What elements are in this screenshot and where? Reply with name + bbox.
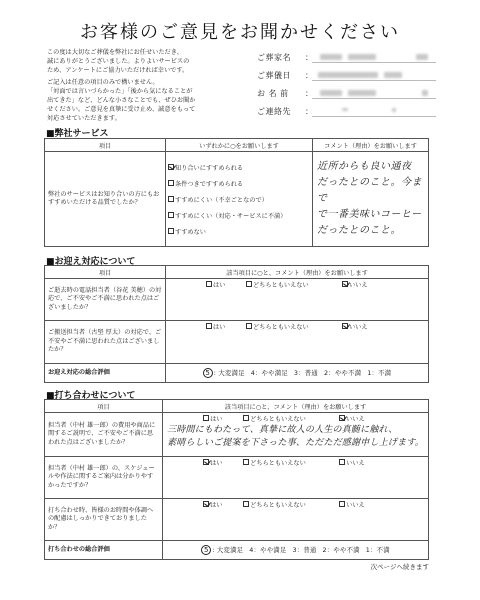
option-neutral[interactable]: どちらともいえない bbox=[246, 322, 342, 331]
question-text: 担当者（中村 雄一郎）の費用や商品に関するご説明で、ご不安やご不満に思われた点は… bbox=[45, 413, 163, 457]
option-label: すすめにくい（不幸ごとなので） bbox=[175, 195, 268, 204]
checkbox-icon[interactable] bbox=[243, 415, 249, 421]
selected-rating-circle[interactable]: 5 bbox=[203, 368, 213, 378]
option-label: どちらともいえない bbox=[253, 280, 309, 289]
yes-no-options: はい どちらともいえない いいえ bbox=[163, 499, 428, 509]
answer-cell: はい どちらともいえない いいえ bbox=[166, 321, 429, 364]
checkbox-icon[interactable] bbox=[339, 501, 345, 507]
yes-no-options: はい どちらともいえない いいえ bbox=[166, 279, 428, 289]
table-row: ご逝去時の電話担当者（谷花 美穂）の対応で、ご不安やご不満に思われた点はございま… bbox=[45, 279, 429, 321]
comment-line: 素晴らしいご提案を下さった事、ただただ感謝申し上げます。 bbox=[167, 437, 424, 450]
option-label: いいえ bbox=[346, 500, 365, 509]
checkbox-icon[interactable] bbox=[203, 415, 209, 421]
checkbox-icon[interactable] bbox=[243, 459, 249, 465]
column-header: コメント（理由）をお願いします bbox=[313, 139, 429, 152]
rating-option[interactable]: 4：やや満足 bbox=[249, 546, 286, 554]
option-label: どちらともいえない bbox=[250, 414, 306, 423]
info-row-contact: ご連絡先 ： bbox=[257, 104, 437, 122]
checkbox-checked-icon[interactable] bbox=[203, 501, 209, 507]
option-yes[interactable]: はい bbox=[206, 322, 246, 331]
column-header: 該当項目に○と、コメント（理由）をお願いします bbox=[166, 266, 429, 279]
option-label: 知り合いにすすめられる bbox=[175, 163, 243, 172]
option-label: いいえ bbox=[346, 458, 365, 467]
option-recommend[interactable]: 知り合いにすすめられる bbox=[166, 159, 312, 175]
column-header: いずれかに○をお願いします bbox=[166, 139, 313, 152]
column-header: 項目 bbox=[45, 139, 166, 152]
option-label: 条件つきですすめられる bbox=[175, 179, 243, 188]
rating-option[interactable]: 3：普通 bbox=[294, 369, 318, 377]
comment-line: で一番美味いコーヒー bbox=[317, 207, 424, 223]
summary-label: 打ち合わせの総合評価 bbox=[45, 541, 163, 560]
option-no[interactable]: いいえ bbox=[339, 414, 365, 423]
checkbox-checked-icon[interactable] bbox=[339, 415, 345, 421]
option-label: どちらともいえない bbox=[250, 500, 306, 509]
rating-option[interactable]: : 大変満足 bbox=[214, 369, 245, 377]
meeting-table: 項目 該当項目に○と、コメント（理由）をお願いします 担当者（中村 雄一郎）の費… bbox=[44, 399, 429, 560]
info-row-name: お 名 前 ： bbox=[257, 86, 437, 104]
checkbox-icon[interactable] bbox=[246, 281, 252, 287]
option-neutral[interactable]: どちらともいえない bbox=[243, 414, 339, 423]
option-label: はい bbox=[210, 500, 222, 509]
summary-label: お迎え対応の総合評価 bbox=[45, 364, 166, 383]
rating-option[interactable]: 1：不満 bbox=[366, 546, 390, 554]
option-yes[interactable]: はい bbox=[203, 458, 243, 467]
option-hard-misfortune[interactable]: すすめにくい（不幸ごとなので） bbox=[166, 191, 312, 207]
option-conditional[interactable]: 条件つきですすめられる bbox=[166, 175, 312, 191]
info-label: お 名 前 bbox=[257, 88, 301, 99]
option-label: いいえ bbox=[349, 322, 368, 331]
option-label: どちらともいえない bbox=[253, 322, 309, 331]
answer-cell: はい どちらともいえない いいえ bbox=[163, 457, 429, 499]
rating-option[interactable]: 1：不満 bbox=[367, 369, 391, 377]
question-text: 弊社のサービスはお知り合いの方にもおすすめいただける品質でしたか？ bbox=[45, 152, 166, 247]
question-text: ご逝去時の電話担当者（谷花 美穂）の対応で、ご不安やご不満に思われた点はございま… bbox=[45, 279, 166, 321]
info-label: ご連絡先 bbox=[257, 106, 301, 117]
table-row: ご搬送担当者（古堅 厚太）の対応で、ご不安やご不満に思われた点はございましたか？… bbox=[45, 321, 429, 364]
option-neutral[interactable]: どちらともいえない bbox=[246, 280, 342, 289]
option-no[interactable]: いいえ bbox=[342, 322, 368, 331]
column-header: 項目 bbox=[45, 266, 166, 279]
option-label: いいえ bbox=[349, 280, 368, 289]
comment-line: 近所からも良い通夜 bbox=[317, 159, 424, 175]
comment-line: 三時間にもわたって、真摯に故人の人生の真髄に触れ、 bbox=[167, 424, 424, 437]
option-yes[interactable]: はい bbox=[203, 500, 243, 509]
checkbox-checked-icon[interactable] bbox=[342, 281, 348, 287]
checkbox-checked-icon[interactable] bbox=[203, 459, 209, 465]
yes-no-options: はい どちらともいえない いいえ bbox=[163, 457, 428, 467]
table-header-row: 項目 該当項目に○と、コメント（理由）をお願いします bbox=[45, 400, 429, 413]
info-row-funeral-date: ご葬儀日 ： bbox=[257, 68, 437, 86]
answer-cell: はい どちらともいえない いいえ bbox=[163, 499, 429, 541]
option-label: すすめない bbox=[175, 227, 206, 236]
checkbox-icon[interactable] bbox=[168, 228, 174, 234]
question-text: 担当者（中村 雄一郎）の、スケジュールや作法に関するご案内は分かりやすかったです… bbox=[45, 457, 163, 499]
handwritten-comment[interactable]: 近所からも良い通夜 だったとのこと。今まで で一番美味いコーヒー だったとのこと… bbox=[313, 152, 429, 247]
comment-line: だったとのこと。今まで bbox=[317, 175, 424, 207]
continued-next-page: 次ページへ続きます bbox=[371, 562, 429, 571]
table-row: 打ち合わせ時、皆様のお時間や体調への配慮はしっかりできておりましたか？ はい ど… bbox=[45, 499, 429, 541]
reception-table: 項目 該当項目に○と、コメント（理由）をお願いします ご逝去時の電話担当者（谷花… bbox=[44, 265, 429, 383]
table-header-row: 項目 いずれかに○をお願いします コメント（理由）をお願いします bbox=[45, 139, 429, 152]
checkbox-checked-icon[interactable] bbox=[168, 164, 174, 170]
checkbox-icon[interactable] bbox=[168, 196, 174, 202]
column-header: 該当項目に○と、コメント（理由）をお願いします bbox=[163, 400, 429, 413]
table-row: 担当者（中村 雄一郎）の、スケジュールや作法に関するご案内は分かりやすかったです… bbox=[45, 457, 429, 499]
checkbox-checked-icon[interactable] bbox=[342, 323, 348, 329]
option-label: いいえ bbox=[346, 414, 365, 423]
comment-line: だったとのこと。 bbox=[317, 223, 424, 239]
intro-text: この度は大切なご葬儀を弊社にお任せいただき、 誠にありがとうございました。よりよ… bbox=[47, 48, 237, 126]
option-label: はい bbox=[213, 280, 225, 289]
recommend-options: 知り合いにすすめられる 条件つきですすめられる すすめにくい（不幸ごとなので） … bbox=[166, 152, 313, 247]
option-no[interactable]: いいえ bbox=[339, 500, 365, 509]
table-header-row: 項目 該当項目に○と、コメント（理由）をお願いします bbox=[45, 266, 429, 279]
checkbox-icon[interactable] bbox=[206, 281, 212, 287]
table-row: 弊社のサービスはお知り合いの方にもおすすめいただける品質でしたか？ 知り合いにす… bbox=[45, 152, 429, 247]
option-neutral[interactable]: どちらともいえない bbox=[243, 500, 339, 509]
intro-paragraph-1: この度は大切なご葬儀を弊社にお任せいただき、 誠にありがとうございました。よりよ… bbox=[47, 48, 237, 75]
option-neutral[interactable]: どちらともいえない bbox=[243, 458, 339, 467]
column-header: 項目 bbox=[45, 400, 163, 413]
selected-rating-circle[interactable]: 5 bbox=[201, 545, 211, 555]
question-text: 打ち合わせ時、皆様のお時間や体調への配慮はしっかりできておりましたか？ bbox=[45, 499, 163, 541]
answer-cell: はい どちらともいえない いいえ 三時間にもわたって、真摯に故人の人生の真髄に触… bbox=[163, 413, 429, 457]
option-no[interactable]: いいえ bbox=[339, 458, 365, 467]
redacted-value-field[interactable] bbox=[312, 87, 436, 99]
handwritten-comment[interactable]: 三時間にもわたって、真摯に故人の人生の真髄に触れ、 素晴らしいご提案を下さった事… bbox=[163, 424, 428, 450]
yes-no-options: はい どちらともいえない いいえ bbox=[163, 413, 428, 423]
rating-option[interactable]: 2：やや不満 bbox=[323, 546, 360, 554]
checkbox-icon[interactable] bbox=[168, 180, 174, 186]
summary-row: お迎え対応の総合評価 5: 大変満足4：やや満足3：普通2：やや不満1：不満 bbox=[45, 364, 429, 383]
info-label: ご葬儀日 bbox=[257, 70, 301, 81]
table-row: 担当者（中村 雄一郎）の費用や商品に関するご説明で、ご不安やご不満に思われた点は… bbox=[45, 413, 429, 457]
service-table: 項目 いずれかに○をお願いします コメント（理由）をお願いします 弊社のサービス… bbox=[44, 138, 429, 247]
summary-row: 打ち合わせの総合評価 5: 大変満足4：やや満足3：普通2：やや不満1：不満 bbox=[45, 541, 429, 560]
option-label: はい bbox=[213, 322, 225, 331]
option-yes[interactable]: はい bbox=[203, 414, 243, 423]
checkbox-icon[interactable] bbox=[243, 501, 249, 507]
checkbox-icon[interactable] bbox=[246, 323, 252, 329]
rating-option[interactable]: 3：普通 bbox=[292, 546, 316, 554]
page-title: お客様のご意見をお聞かせください bbox=[0, 18, 480, 44]
checkbox-icon[interactable] bbox=[339, 459, 345, 465]
yes-no-options: はい どちらともいえない いいえ bbox=[166, 321, 428, 331]
option-label: はい bbox=[210, 458, 222, 467]
info-row-family-name: ご葬家名 ： bbox=[257, 50, 437, 68]
checkbox-icon[interactable] bbox=[168, 212, 174, 218]
option-label: すすめにくい（対応・サービスに不満） bbox=[175, 211, 286, 220]
overall-rating: 5: 大変満足4：やや満足3：普通2：やや不満1：不満 bbox=[166, 364, 429, 383]
rating-option[interactable]: : 大変満足 bbox=[212, 546, 243, 554]
rating-option[interactable]: 2：やや不満 bbox=[324, 369, 361, 377]
redacted-value-field[interactable] bbox=[312, 51, 436, 63]
option-label: どちらともいえない bbox=[250, 458, 306, 467]
option-not-recommend[interactable]: すすめない bbox=[166, 223, 312, 239]
info-label: ご葬家名 bbox=[257, 52, 301, 63]
intro-paragraph-2: ご記入は任意の項目のみで構いません。 「対面では言いづらかった」「後から気になる… bbox=[47, 78, 237, 123]
question-text: ご搬送担当者（古堅 厚太）の対応で、ご不安やご不満に思われた点はございましたか？ bbox=[45, 321, 166, 364]
redacted-value-field[interactable] bbox=[312, 69, 436, 81]
option-no[interactable]: いいえ bbox=[342, 280, 368, 289]
option-yes[interactable]: はい bbox=[206, 280, 246, 289]
customer-info-block: ご葬家名 ： ご葬儀日 ： お 名 前 ： ご連絡先 ： bbox=[257, 50, 437, 122]
overall-rating: 5: 大変満足4：やや満足3：普通2：やや不満1：不満 bbox=[163, 541, 429, 560]
checkbox-icon[interactable] bbox=[206, 323, 212, 329]
rating-option[interactable]: 4：やや満足 bbox=[251, 369, 288, 377]
answer-cell: はい どちらともいえない いいえ bbox=[166, 279, 429, 321]
option-label: はい bbox=[210, 414, 222, 423]
redacted-value-field[interactable] bbox=[312, 105, 436, 117]
option-hard-dissatisfied[interactable]: すすめにくい（対応・サービスに不満） bbox=[166, 207, 312, 223]
